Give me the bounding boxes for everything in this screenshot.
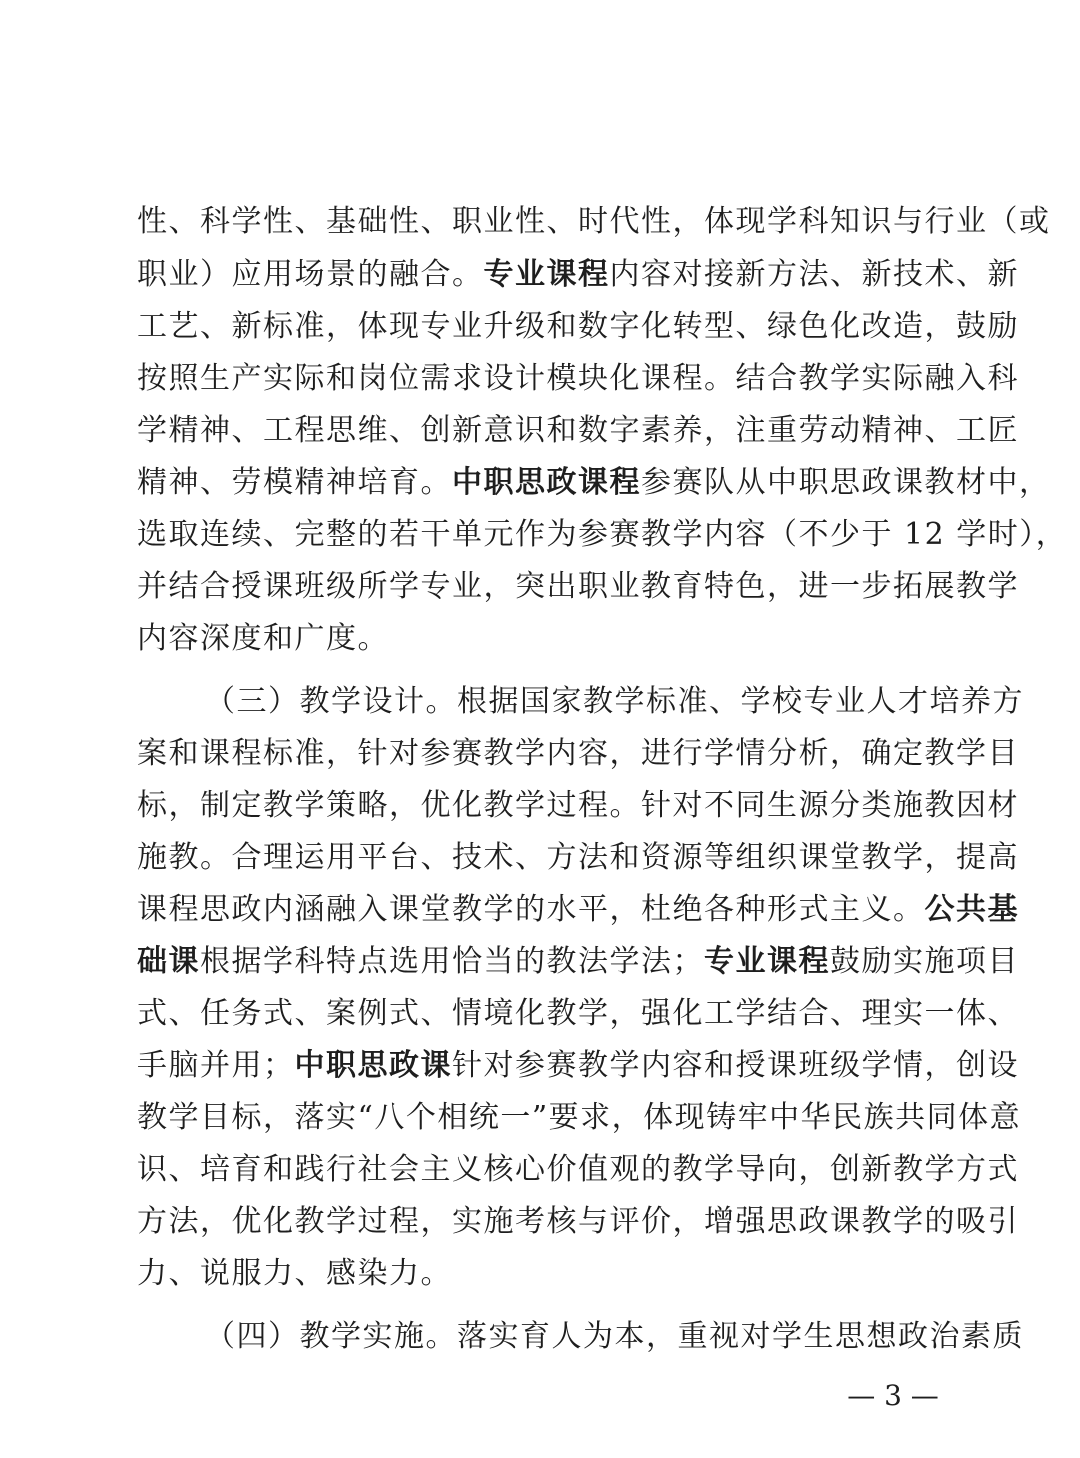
- text-segment: 并结合授课班级所学专业，突出职业教育特色，进一步拓展教学: [137, 569, 1019, 604]
- text-segment: 按照生产实际和岗位需求设计模块化课程。结合教学实际融入科: [137, 361, 1019, 396]
- text-segment: 施教。合理运用平台、技术、方法和资源等组织课堂教学，提高: [137, 840, 1019, 875]
- text-segment: 内容对接新方法、新技术、新: [610, 257, 1020, 292]
- text-segment: 课程思政内涵融入课堂教学的水平，杜绝各种形式主义。: [137, 892, 925, 927]
- text-line: 标，制定教学策略，优化教学过程。针对不同生源分类施教因材: [137, 786, 933, 826]
- text-line: 内容深度和广度。: [137, 619, 933, 659]
- text-segment: 式、任务式、案例式、情境化教学，强化工学结合、理实一体、: [137, 996, 1019, 1031]
- text-line: 工艺、新标准，体现专业升级和数字化转型、绿色化改造，鼓励: [137, 307, 933, 347]
- text-segment: 参赛队从中职思政课教材中，: [641, 465, 1051, 500]
- bold-term: 专业课程: [704, 944, 830, 979]
- text-line: 手脑并用；中职思政课针对参赛教学内容和授课班级学情，创设: [137, 1046, 933, 1086]
- text-line: 方法，优化教学过程，实施考核与评价，增强思政课教学的吸引: [137, 1202, 933, 1242]
- text-line: （四）教学实施。落实育人为本，重视对学生思想政治素质: [205, 1317, 933, 1357]
- text-line: 力、说服力、感染力。: [137, 1254, 933, 1294]
- text-line: 课程思政内涵融入课堂教学的水平，杜绝各种形式主义。公共基: [137, 890, 933, 930]
- text-segment: 学精神、工程思维、创新意识和数字素养，注重劳动精神、工匠: [137, 413, 1019, 448]
- bold-term: 公共基: [925, 892, 1020, 927]
- text-line: 学精神、工程思维、创新意识和数字素养，注重劳动精神、工匠: [137, 411, 933, 451]
- text-segment: 方法，优化教学过程，实施考核与评价，增强思政课教学的吸引: [137, 1204, 1019, 1239]
- text-segment: 职业）应用场景的融合。: [137, 257, 484, 292]
- text-line: 案和课程标准，针对参赛教学内容，进行学情分析，确定教学目: [137, 734, 933, 774]
- text-line: 职业）应用场景的融合。专业课程内容对接新方法、新技术、新: [137, 255, 933, 295]
- text-segment: 选取连续、完整的若干单元作为参赛教学内容（不少于 12 学时），: [137, 517, 1067, 552]
- text-segment: 手脑并用；: [137, 1048, 295, 1083]
- text-segment: 力、说服力、感染力。: [137, 1256, 452, 1291]
- bold-term: 专业课程: [484, 257, 610, 292]
- bold-term: 中职思政课程: [452, 465, 641, 500]
- text-segment: 性、科学性、基础性、职业性、时代性，体现学科知识与行业（或: [137, 204, 1051, 239]
- text-segment: 案和课程标准，针对参赛教学内容，进行学情分析，确定教学目: [137, 736, 1019, 771]
- page-number: — 3 —: [843, 1380, 943, 1412]
- text-segment: 鼓励实施项目: [830, 944, 1019, 979]
- text-line: 式、任务式、案例式、情境化教学，强化工学结合、理实一体、: [137, 994, 933, 1034]
- bold-term: 中职思政课: [295, 1048, 453, 1083]
- text-segment: 精神、劳模精神培育。: [137, 465, 452, 500]
- text-segment: （三）教学设计。根据国家教学标准、学校专业人才培养方: [205, 684, 1024, 719]
- text-segment: 根据学科特点选用恰当的教法学法；: [200, 944, 704, 979]
- text-segment: 识、培育和践行社会主义核心价值观的教学导向，创新教学方式: [137, 1152, 1019, 1187]
- text-segment: 标，制定教学策略，优化教学过程。针对不同生源分类施教因材: [137, 788, 1019, 823]
- document-page: 性、科学性、基础性、职业性、时代性，体现学科知识与行业（或职业）应用场景的融合。…: [0, 0, 1080, 1458]
- text-line: 精神、劳模精神培育。中职思政课程参赛队从中职思政课教材中，: [137, 463, 933, 503]
- bold-term: 础课: [137, 944, 200, 979]
- text-segment: 教学目标，落实“八个相统一”要求，体现铸牢中华民族共同体意: [137, 1100, 1021, 1135]
- text-segment: 内容深度和广度。: [137, 621, 389, 656]
- text-line: 性、科学性、基础性、职业性、时代性，体现学科知识与行业（或: [137, 202, 933, 242]
- text-line: 并结合授课班级所学专业，突出职业教育特色，进一步拓展教学: [137, 567, 933, 607]
- text-line: 教学目标，落实“八个相统一”要求，体现铸牢中华民族共同体意: [137, 1098, 933, 1138]
- text-segment: 针对参赛教学内容和授课班级学情，创设: [452, 1048, 1019, 1083]
- text-line: 施教。合理运用平台、技术、方法和资源等组织课堂教学，提高: [137, 838, 933, 878]
- text-line: （三）教学设计。根据国家教学标准、学校专业人才培养方: [205, 682, 933, 722]
- text-line: 识、培育和践行社会主义核心价值观的教学导向，创新教学方式: [137, 1150, 933, 1190]
- text-line: 选取连续、完整的若干单元作为参赛教学内容（不少于 12 学时），: [137, 515, 933, 555]
- text-line: 础课根据学科特点选用恰当的教法学法；专业课程鼓励实施项目: [137, 942, 933, 982]
- text-line: 按照生产实际和岗位需求设计模块化课程。结合教学实际融入科: [137, 359, 933, 399]
- text-segment: （四）教学实施。落实育人为本，重视对学生思想政治素质: [205, 1319, 1024, 1354]
- text-segment: 工艺、新标准，体现专业升级和数字化转型、绿色化改造，鼓励: [137, 309, 1019, 344]
